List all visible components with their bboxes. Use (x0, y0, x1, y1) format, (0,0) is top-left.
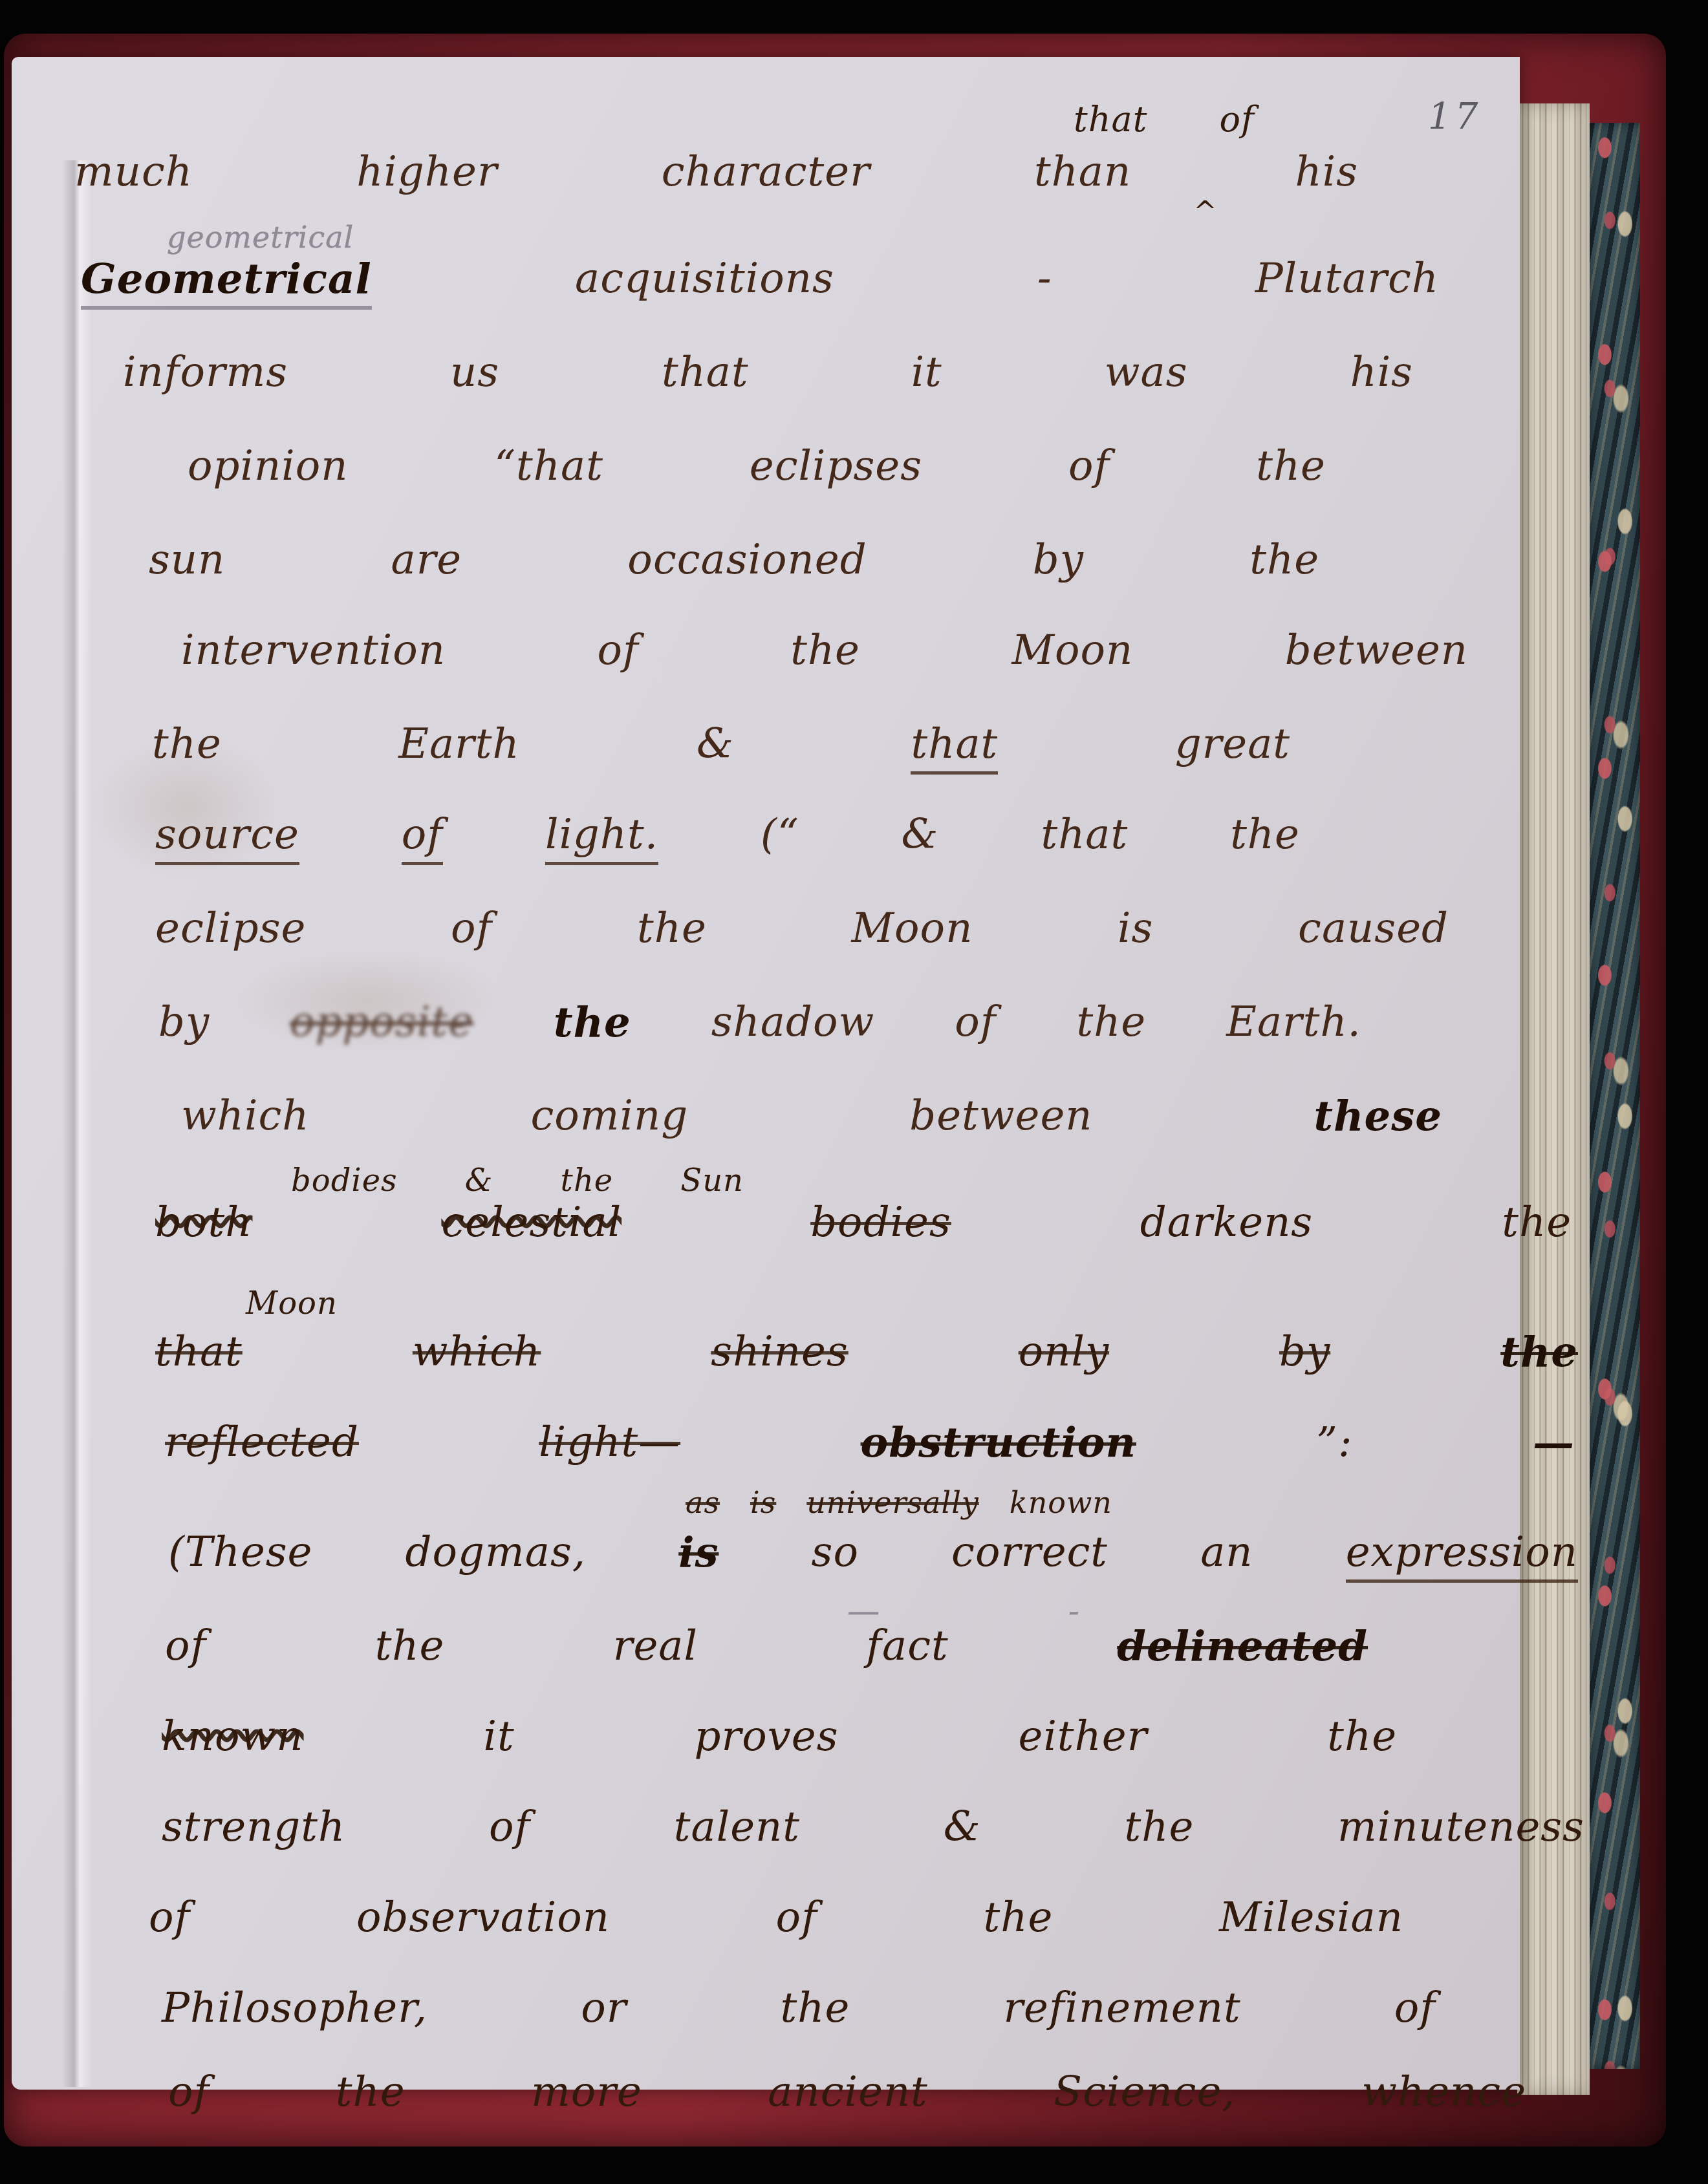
manuscript-word: the (637, 902, 707, 956)
manuscript-word: informs (123, 346, 288, 400)
manuscript-word: light. (545, 808, 658, 862)
manuscript-word: the (1500, 1325, 1578, 1379)
manuscript-word: refinement (1003, 1982, 1240, 2035)
main-line: (Thesedogmas,issocorrectanexpression (168, 1526, 1578, 1579)
notebook-photo: 17 thatofmuchhighercharacterthanhis^geom… (0, 0, 1708, 2184)
main-line: sunareoccasionedbythe (149, 533, 1319, 587)
manuscript-word: his (1350, 346, 1413, 400)
manuscript-word: (“ (761, 808, 799, 862)
struck-insertion: asisuniversallyknown (686, 1484, 1112, 1523)
manuscript-word: of (598, 624, 639, 678)
pencil-insertion: geometrical (167, 219, 445, 257)
manuscript-word: of (1394, 1982, 1436, 2035)
manuscript-word: celestial (441, 1196, 622, 1250)
manuscript-word: bodies (291, 1161, 398, 1201)
main-line: informsusthatitwashis (123, 346, 1413, 400)
manuscript-word: Moon (852, 902, 973, 956)
main-line: bothcelestialbodiesdarkensthe (155, 1196, 1572, 1250)
manuscript-word: these (1313, 1089, 1442, 1143)
manuscript-word: Earth. (1226, 996, 1361, 1049)
manuscript-word: Sun (680, 1161, 744, 1201)
manuscript-word: much (74, 145, 193, 199)
manuscript-word: or (581, 1982, 627, 2035)
manuscript-word: Earth (398, 718, 519, 771)
manuscript-word: both (155, 1196, 252, 1250)
manuscript-word: Geometrical (81, 252, 372, 306)
manuscript-word: eclipses (750, 440, 922, 493)
manuscript-word: geometrical (167, 219, 354, 257)
manuscript-word: of (451, 902, 492, 956)
main-line: strengthoftalent&theminuteness (162, 1801, 1584, 1854)
manuscript-word: between (1285, 624, 1468, 678)
manuscript-word: obstruction (861, 1416, 1136, 1470)
manuscript-word: was (1105, 346, 1188, 400)
main-line: theEarth&thatgreat (152, 718, 1290, 771)
manuscript-word: are (391, 533, 462, 587)
manuscript-word: the (554, 996, 631, 1049)
manuscript-word: that (1041, 808, 1128, 862)
main-line: ofobservationoftheMilesian (149, 1891, 1403, 1945)
manuscript-word: observation (356, 1891, 610, 1945)
manuscript-word: more (531, 2066, 642, 2119)
manuscript-word: of (776, 1891, 817, 1945)
manuscript-word: caused (1298, 902, 1449, 956)
manuscript-word: strength (162, 1801, 345, 1854)
manuscript-word: his (1295, 145, 1358, 199)
manuscript-word: & (465, 1161, 493, 1201)
manuscript-word: Philosopher, (162, 1982, 427, 2035)
insertion-that-of: thatof (1074, 97, 1255, 142)
manuscript-word: that (155, 1325, 243, 1379)
manuscript-word: shines (711, 1325, 848, 1379)
manuscript-word: of (149, 1891, 190, 1945)
manuscript-word: the (336, 2066, 405, 2119)
struck-line: thatwhichshinesonlybythe (155, 1325, 1578, 1379)
manuscript-word: (These (168, 1526, 312, 1579)
manuscript-word: Plutarch (1255, 252, 1439, 306)
manuscript-word: by (158, 996, 210, 1049)
manuscript-word: of (402, 808, 443, 862)
manuscript-word: the (983, 1891, 1053, 1945)
manuscript-word: of (955, 996, 996, 1049)
caret-mark: ^ (1193, 194, 1232, 231)
manuscript-word: the (1502, 1196, 1572, 1250)
manuscript-word: us (450, 346, 499, 400)
manuscript-word: opposite (290, 996, 473, 1049)
manuscript-word: is (678, 1526, 719, 1579)
manuscript-word: it (911, 346, 942, 400)
manuscript-word: the (1256, 440, 1326, 493)
manuscript-word: the (152, 718, 222, 771)
manuscript-word: ”: (1316, 1416, 1352, 1470)
manuscript-word: of (168, 2066, 210, 2119)
manuscript-word: minuteness (1337, 1801, 1584, 1854)
manuscript-word: that (1074, 97, 1147, 142)
manuscript-word: an (1200, 1526, 1253, 1579)
main-line: interventionoftheMoonbetween (181, 624, 1468, 678)
manuscript-word: “that (494, 440, 603, 493)
manuscript-word: which (181, 1089, 310, 1143)
manuscript-word: & (697, 718, 734, 771)
main-line: knownitproveseitherthe (162, 1710, 1397, 1764)
manuscript-word: intervention (181, 624, 446, 678)
main-line: opinion“thateclipsesofthe (188, 440, 1326, 493)
manuscript-word: acquisitions (575, 252, 834, 306)
manuscript-word: - (1037, 252, 1052, 306)
struck-line: reflectedlight—obstruction”:— (165, 1416, 1575, 1470)
manuscript-word: darkens (1140, 1196, 1313, 1250)
manuscript-word: that (911, 718, 998, 771)
manuscript-word: by (1279, 1325, 1330, 1379)
manuscript-word: whence (1361, 2066, 1526, 2119)
main-line: eclipseoftheMooniscaused (155, 902, 1449, 956)
insertion-moon: Moon (246, 1283, 388, 1323)
manuscript-word: Science, (1054, 2066, 1235, 2119)
manuscript-word: either (1019, 1710, 1148, 1764)
manuscript-text-layer: thatofmuchhighercharacterthanhis^geometr… (0, 0, 1708, 2184)
manuscript-word: known (162, 1710, 304, 1764)
manuscript-word: Milesian (1219, 1891, 1403, 1945)
manuscript-word: delineated (1117, 1620, 1368, 1673)
manuscript-word: the (561, 1161, 614, 1201)
manuscript-word: expression (1346, 1526, 1578, 1579)
manuscript-word: correct (951, 1526, 1108, 1579)
manuscript-word: the (375, 1620, 445, 1673)
main-line: sourceoflight.(“&thatthe (155, 808, 1300, 862)
manuscript-word: proves (695, 1710, 839, 1764)
main-line: Philosopher,ortherefinementof (162, 1982, 1436, 2035)
main-line: oftherealfactdelineated (165, 1620, 1368, 1673)
manuscript-word: it (483, 1710, 514, 1764)
manuscript-word: universally (806, 1484, 979, 1523)
manuscript-word: source (155, 808, 299, 862)
manuscript-word: fact (866, 1620, 948, 1673)
manuscript-word: bodies (810, 1196, 951, 1250)
manuscript-word: the (780, 1982, 850, 2035)
manuscript-word: talent (674, 1801, 800, 1854)
manuscript-word: known (1010, 1484, 1112, 1523)
manuscript-word: the (1076, 996, 1146, 1049)
manuscript-word: opinion (188, 440, 348, 493)
manuscript-word: of (489, 1801, 530, 1854)
manuscript-word: the (1230, 808, 1300, 862)
manuscript-word: which (413, 1325, 541, 1379)
manuscript-word: is (1118, 902, 1153, 956)
manuscript-word: shadow (711, 996, 875, 1049)
manuscript-word: & (902, 808, 939, 862)
manuscript-word: real (613, 1620, 698, 1673)
main-line: Geometricalacquisitions-Plutarch (81, 252, 1439, 306)
manuscript-word: occasioned (627, 533, 867, 587)
manuscript-word: the (1327, 1710, 1397, 1764)
manuscript-word: of (1220, 97, 1255, 142)
manuscript-word: by (1033, 533, 1084, 587)
manuscript-word: — (1533, 1416, 1575, 1470)
manuscript-word: so (812, 1526, 859, 1579)
main-line: whichcomingbetweenthese (181, 1089, 1442, 1143)
manuscript-word: only (1019, 1325, 1109, 1379)
manuscript-word: is (750, 1484, 776, 1523)
manuscript-word: eclipse (155, 902, 306, 956)
manuscript-word: & (944, 1801, 981, 1854)
manuscript-word: than (1034, 145, 1131, 199)
manuscript-word: coming (530, 1089, 688, 1143)
manuscript-word: the (790, 624, 860, 678)
manuscript-word: great (1175, 718, 1290, 771)
manuscript-word: as (686, 1484, 720, 1523)
manuscript-word: of (1068, 440, 1110, 493)
main-line: ofthemoreancientScience,whence (168, 2066, 1526, 2119)
manuscript-word: of (165, 1620, 206, 1673)
manuscript-word: Moon (246, 1283, 338, 1323)
manuscript-word: reflected (165, 1416, 359, 1470)
manuscript-word: ^ (1193, 194, 1218, 231)
manuscript-word: ancient (768, 2066, 928, 2119)
manuscript-word: light— (539, 1416, 680, 1470)
manuscript-word: sun (149, 533, 225, 587)
manuscript-word: higher (356, 145, 497, 199)
manuscript-word: the (1124, 1801, 1194, 1854)
manuscript-word: the (1249, 533, 1319, 587)
main-line: muchhighercharacterthanhis (74, 145, 1358, 199)
main-line: byoppositetheshadowoftheEarth. (158, 996, 1361, 1049)
manuscript-word: character (662, 145, 870, 199)
manuscript-word: that (662, 346, 749, 400)
insertion-bodies-sun: bodies&theSun (291, 1161, 744, 1201)
manuscript-word: Moon (1011, 624, 1133, 678)
manuscript-word: dogmas, (405, 1526, 587, 1579)
manuscript-word: between (909, 1089, 1092, 1143)
